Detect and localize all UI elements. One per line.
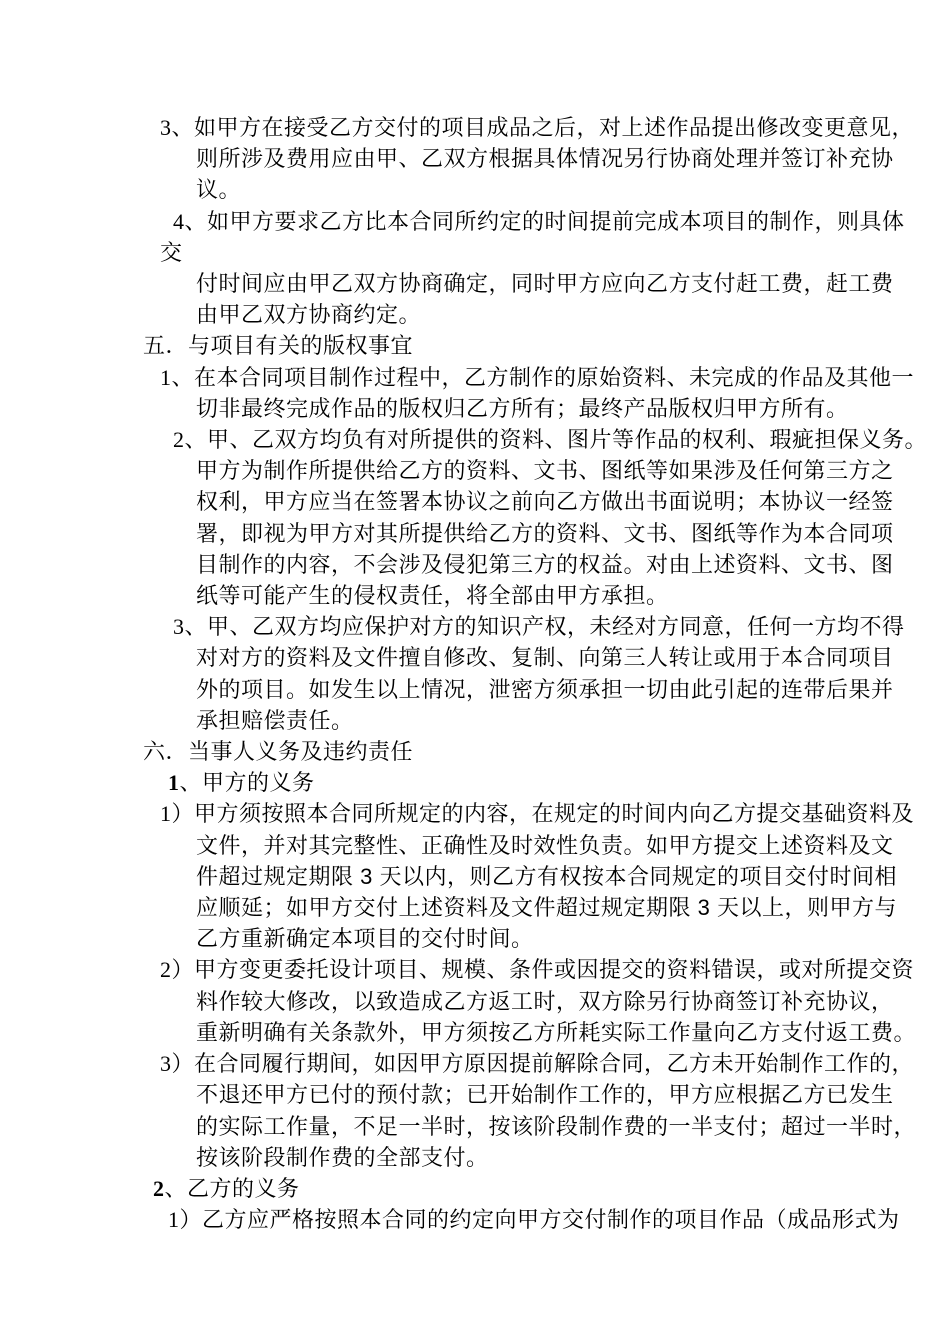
list-number: 3、 xyxy=(173,614,207,639)
text-line: 外的项目。如发生以上情况，泄密方须承担一切由此引起的连带后果并 xyxy=(0,674,950,705)
text-line: 4、如甲方要求乙方比本合同所约定的时间提前完成本项目的制作，则具体 xyxy=(0,206,950,237)
line-text: 对对方的资料及文件擅自修改、复制、向第三人转让或用于本合同项目 xyxy=(196,645,894,670)
line-text: 切非最终完成作品的版权归乙方所有；最终产品版权归甲方所有。 xyxy=(196,396,849,421)
line-text: 、乙方的义务 xyxy=(165,1176,300,1201)
line-text: 如甲方在接受乙方交付的项目成品之后，对上述作品提出修改变更意见， xyxy=(194,115,914,140)
list-number: 1 xyxy=(168,770,180,795)
text-line: 切非最终完成作品的版权归乙方所有；最终产品版权归甲方所有。 xyxy=(0,393,950,424)
text-line: 文件，并对其完整性、正确性及时效性负责。如甲方提交上述资料及文 xyxy=(0,830,950,861)
text-line: 件超过规定期限 3 天以内，则乙方有权按本合同规定的项目交付时间相 xyxy=(0,861,950,892)
list-number: 1、 xyxy=(160,365,194,390)
text-line: 目制作的内容，不会涉及侵犯第三方的权益。对由上述资料、文书、图 xyxy=(0,549,950,580)
text-line: 3、甲、乙双方均应保护对方的知识产权，未经对方同意，任何一方均不得 xyxy=(0,611,950,642)
line-text: 在本合同项目制作过程中，乙方制作的原始资料、未完成的作品及其他一 xyxy=(194,365,914,390)
line-text: 甲方为制作所提供给乙方的资料、文书、图纸等如果涉及任何第三方之 xyxy=(196,458,894,483)
line-text: 由甲乙双方协商约定。 xyxy=(196,302,421,327)
list-number: 2 xyxy=(153,1176,165,1201)
text-line: 料作较大修改，以致造成乙方返工时，双方除另行协商签订补充协议， xyxy=(0,986,950,1017)
line-text: 应顺延；如甲方交付上述资料及文件超过规定期限 3 天以上，则甲方与 xyxy=(196,895,897,920)
line-text: 件超过规定期限 3 天以内，则乙方有权按本合同规定的项目交付时间相 xyxy=(196,864,897,889)
line-text: 五．与项目有关的版权事宜 xyxy=(143,333,413,358)
line-text: 甲方须按照本合同所规定的内容，在规定的时间内向乙方提交基础资料及 xyxy=(194,801,914,826)
text-line: 权利，甲方应当在签署本协议之前向乙方做出书面说明；本协议一经签 xyxy=(0,486,950,517)
line-text: 重新明确有关条款外，甲方须按乙方所耗实际工作量向乙方支付返工费。 xyxy=(196,1020,916,1045)
text-line: 的实际工作量，不足一半时，按该阶段制作费的一半支付；超过一半时， xyxy=(0,1111,950,1142)
text-line: 付时间应由甲乙双方协商确定，同时甲方应向乙方支付赶工费，赶工费 xyxy=(0,268,950,299)
line-text: 交 xyxy=(160,240,183,265)
text-line: 对对方的资料及文件擅自修改、复制、向第三人转让或用于本合同项目 xyxy=(0,642,950,673)
text-line: 由甲乙双方协商约定。 xyxy=(0,299,950,330)
text-line: 议。 xyxy=(0,174,950,205)
document-body: 3、如甲方在接受乙方交付的项目成品之后，对上述作品提出修改变更意见，则所涉及费用… xyxy=(0,112,950,1235)
text-line: 重新明确有关条款外，甲方须按乙方所耗实际工作量向乙方支付返工费。 xyxy=(0,1017,950,1048)
line-text: 的实际工作量，不足一半时，按该阶段制作费的一半支付；超过一半时， xyxy=(196,1114,916,1139)
list-number: 3） xyxy=(160,1051,194,1076)
line-text: 甲、乙双方均应保护对方的知识产权，未经对方同意，任何一方均不得 xyxy=(207,614,905,639)
line-text: 议。 xyxy=(196,177,241,202)
document-page: 3、如甲方在接受乙方交付的项目成品之后，对上述作品提出修改变更意见，则所涉及费用… xyxy=(0,0,950,1344)
line-text: 按该阶段制作费的全部支付。 xyxy=(196,1145,489,1170)
line-text: 如甲方要求乙方比本合同所约定的时间提前完成本项目的制作，则具体 xyxy=(207,209,905,234)
line-text: 乙方重新确定本项目的交付时间。 xyxy=(196,926,534,951)
text-line: 乙方重新确定本项目的交付时间。 xyxy=(0,923,950,954)
line-text: 权利，甲方应当在签署本协议之前向乙方做出书面说明；本协议一经签 xyxy=(196,489,894,514)
line-text: 署，即视为甲方对其所提供给乙方的资料、文书、图纸等作为本合同项 xyxy=(196,521,894,546)
text-line: 承担赔偿责任。 xyxy=(0,705,950,736)
line-text: 不退还甲方已付的预付款；已开始制作工作的，甲方应根据乙方已发生 xyxy=(196,1082,894,1107)
text-line: 不退还甲方已付的预付款；已开始制作工作的，甲方应根据乙方已发生 xyxy=(0,1079,950,1110)
list-number: 2、 xyxy=(173,427,207,452)
text-line: 甲方为制作所提供给乙方的资料、文书、图纸等如果涉及任何第三方之 xyxy=(0,455,950,486)
text-line: 3、如甲方在接受乙方交付的项目成品之后，对上述作品提出修改变更意见， xyxy=(0,112,950,143)
section-heading: 六．当事人义务及违约责任 xyxy=(0,736,950,767)
text-line: 2、甲、乙双方均负有对所提供的资料、图片等作品的权利、瑕疵担保义务。 xyxy=(0,424,950,455)
line-text: 在合同履行期间，如因甲方原因提前解除合同，乙方未开始制作工作的， xyxy=(194,1051,914,1076)
text-line: 按该阶段制作费的全部支付。 xyxy=(0,1142,950,1173)
line-text: 付时间应由甲乙双方协商确定，同时甲方应向乙方支付赶工费，赶工费 xyxy=(196,271,894,296)
text-line: 1）甲方须按照本合同所规定的内容，在规定的时间内向乙方提交基础资料及 xyxy=(0,798,950,829)
line-text: 甲方变更委托设计项目、规模、条件或因提交的资料错误，或对所提交资 xyxy=(194,957,914,982)
text-line: 纸等可能产生的侵权责任，将全部由甲方承担。 xyxy=(0,580,950,611)
line-text: 、甲方的义务 xyxy=(180,770,315,795)
text-line: 署，即视为甲方对其所提供给乙方的资料、文书、图纸等作为本合同项 xyxy=(0,518,950,549)
text-line: 交 xyxy=(0,237,950,268)
section-heading: 五．与项目有关的版权事宜 xyxy=(0,330,950,361)
list-number: 1） xyxy=(160,801,194,826)
line-text: 则所涉及费用应由甲、乙双方根据具体情况另行协商处理并签订补充协 xyxy=(196,146,894,171)
list-number: 2） xyxy=(160,957,194,982)
line-text: 承担赔偿责任。 xyxy=(196,708,354,733)
list-number: 3、 xyxy=(160,115,194,140)
text-line: 3）在合同履行期间，如因甲方原因提前解除合同，乙方未开始制作工作的， xyxy=(0,1048,950,1079)
text-line: 1、在本合同项目制作过程中，乙方制作的原始资料、未完成的作品及其他一 xyxy=(0,362,950,393)
text-line: 1）乙方应严格按照本合同的约定向甲方交付制作的项目作品（成品形式为 xyxy=(0,1204,950,1235)
line-text: 文件，并对其完整性、正确性及时效性负责。如甲方提交上述资料及文 xyxy=(196,833,894,858)
line-text: 料作较大修改，以致造成乙方返工时，双方除另行协商签订补充协议， xyxy=(196,989,894,1014)
list-number: 4、 xyxy=(173,209,207,234)
line-text: 外的项目。如发生以上情况，泄密方须承担一切由此引起的连带后果并 xyxy=(196,677,894,702)
line-text: 乙方应严格按照本合同的约定向甲方交付制作的项目作品（成品形式为 xyxy=(202,1207,900,1232)
text-line: 则所涉及费用应由甲、乙双方根据具体情况另行协商处理并签订补充协 xyxy=(0,143,950,174)
text-line: 2、乙方的义务 xyxy=(0,1173,950,1204)
text-line: 2）甲方变更委托设计项目、规模、条件或因提交的资料错误，或对所提交资 xyxy=(0,954,950,985)
line-text: 六．当事人义务及违约责任 xyxy=(143,739,413,764)
text-line: 1、甲方的义务 xyxy=(0,767,950,798)
line-text: 目制作的内容，不会涉及侵犯第三方的权益。对由上述资料、文书、图 xyxy=(196,552,894,577)
line-text: 甲、乙双方均负有对所提供的资料、图片等作品的权利、瑕疵担保义务。 xyxy=(207,427,927,452)
text-line: 应顺延；如甲方交付上述资料及文件超过规定期限 3 天以上，则甲方与 xyxy=(0,892,950,923)
line-text: 纸等可能产生的侵权责任，将全部由甲方承担。 xyxy=(196,583,669,608)
list-number: 1） xyxy=(168,1207,202,1232)
